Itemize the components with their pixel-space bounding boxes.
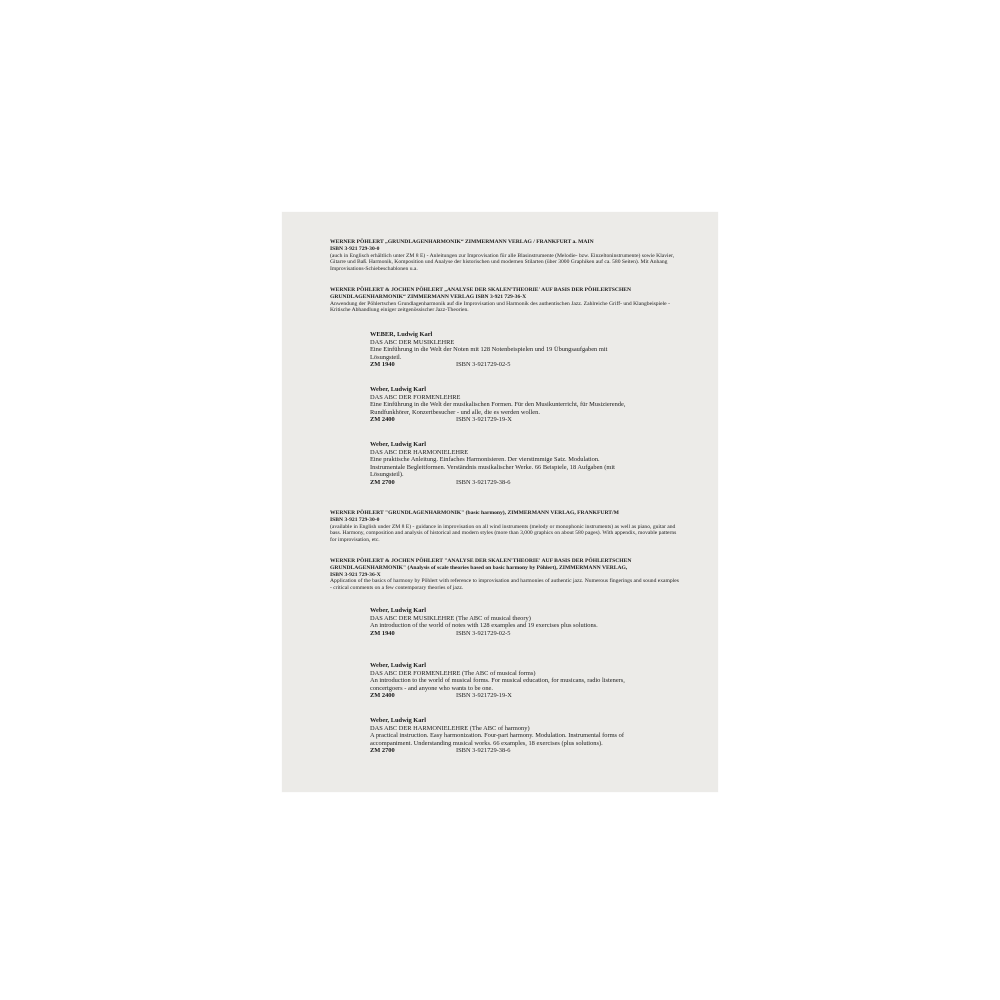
block-isbn: ISBN 3-921 729-30-0 [330, 517, 682, 524]
entry-description: An introduction to the world of musical … [370, 677, 630, 692]
block-title: WERNER PÖHLERT & JOCHEN PÖHLERT "ANALYSE… [330, 558, 682, 572]
entry-author: Weber, Ludwig Karl [370, 441, 630, 449]
publication-block-de-2: WERNER PÖHLERT & JOCHEN PÖHLERT „ANALYSE… [330, 287, 682, 314]
publication-block-en-1: WERNER PÖHLERT "GRUNDLAGENHARMONIK" (bas… [330, 510, 682, 544]
entry-author: Weber, Ludwig Karl [370, 662, 630, 670]
book-entry-en-musiklehre: Weber, Ludwig Karl DAS ABC DER MUSIKLEHR… [370, 607, 630, 637]
entry-author: Weber, Ludwig Karl [370, 607, 630, 615]
entry-description: Eine Einführung in die Welt der Noten mi… [370, 346, 630, 361]
book-entry-en-harmonielehre: Weber, Ludwig Karl DAS ABC DER HARMONIEL… [370, 717, 630, 755]
entry-isbn: ISBN 3-921729-19-X [456, 692, 512, 700]
entry-isbn: ISBN 3-921729-38-6 [456, 479, 511, 487]
entry-code: ZM 1940 [370, 361, 456, 369]
book-entry-de-formenlehre: Weber, Ludwig Karl DAS ABC DER FORMENLEH… [370, 386, 630, 424]
entry-description: Eine Einführung in die Welt der musikali… [370, 401, 630, 416]
entry-code: ZM 2700 [370, 479, 456, 487]
entry-title: DAS ABC DER MUSIKLEHRE [370, 339, 630, 347]
entry-title: DAS ABC DER FORMENLEHRE [370, 394, 630, 402]
entry-code-row: ZM 2700 ISBN 3-921729-38-6 [370, 479, 630, 487]
publication-block-de-1: WERNER PÖHLERT „GRUNDLAGENHARMONIK“ ZIMM… [330, 239, 682, 273]
entry-author: Weber, Ludwig Karl [370, 386, 630, 394]
block-description: Anwendung der Pöhlertschen Grundlagenhar… [330, 301, 682, 315]
entry-title: DAS ABC DER HARMONIELEHRE (The ABC of ha… [370, 725, 630, 733]
entry-isbn: ISBN 3-921729-38-6 [456, 747, 511, 755]
entry-code: ZM 2700 [370, 747, 456, 755]
entry-title: DAS ABC DER FORMENLEHRE (The ABC of musi… [370, 670, 630, 678]
entry-code-row: ZM 2400 ISBN 3-921729-19-X [370, 692, 630, 700]
block-title: WERNER PÖHLERT "GRUNDLAGENHARMONIK" (bas… [330, 510, 682, 517]
entry-title: DAS ABC DER MUSIKLEHRE (The ABC of music… [370, 615, 630, 623]
entry-author: WEBER, Ludwig Karl [370, 331, 630, 339]
entry-code-row: ZM 1940 ISBN 3-921729-02-5 [370, 361, 630, 369]
entry-code-row: ZM 2400 ISBN 3-921729-19-X [370, 416, 630, 424]
entry-code-row: ZM 1940 ISBN 3-921729-02-5 [370, 630, 630, 638]
entry-isbn: ISBN 3-921729-02-5 [456, 361, 511, 369]
book-entry-de-harmonielehre: Weber, Ludwig Karl DAS ABC DER HARMONIEL… [370, 441, 630, 487]
block-description: Application of the basics of harmony by … [330, 578, 682, 592]
entry-description: A practical instruction. Easy harmonizat… [370, 732, 630, 747]
entry-code: ZM 2400 [370, 692, 456, 700]
block-description: (auch in Englisch erhältlich unter ZM 8 … [330, 253, 682, 273]
block-description: (available in English under ZM 8 E) - gu… [330, 524, 682, 544]
entry-description: Eine praktische Anleitung. Einfaches Har… [370, 456, 630, 479]
entry-isbn: ISBN 3-921729-02-5 [456, 630, 511, 638]
book-entry-en-formenlehre: Weber, Ludwig Karl DAS ABC DER FORMENLEH… [370, 662, 630, 700]
block-isbn: ISBN 3-921 729-30-0 [330, 246, 682, 253]
block-title: WERNER PÖHLERT & JOCHEN PÖHLERT „ANALYSE… [330, 287, 682, 301]
entry-description: An introduction of the world of notes wi… [370, 622, 630, 630]
entry-author: Weber, Ludwig Karl [370, 717, 630, 725]
entry-code-row: ZM 2700 ISBN 3-921729-38-6 [370, 747, 630, 755]
catalog-page: WERNER PÖHLERT „GRUNDLAGENHARMONIK“ ZIMM… [282, 212, 718, 792]
publication-block-en-2: WERNER PÖHLERT & JOCHEN PÖHLERT "ANALYSE… [330, 558, 682, 592]
block-title: WERNER PÖHLERT „GRUNDLAGENHARMONIK“ ZIMM… [330, 239, 682, 246]
entry-title: DAS ABC DER HARMONIELEHRE [370, 449, 630, 457]
entry-code: ZM 2400 [370, 416, 456, 424]
entry-isbn: ISBN 3-921729-19-X [456, 416, 512, 424]
book-entry-de-musiklehre: WEBER, Ludwig Karl DAS ABC DER MUSIKLEHR… [370, 331, 630, 369]
entry-code: ZM 1940 [370, 630, 456, 638]
